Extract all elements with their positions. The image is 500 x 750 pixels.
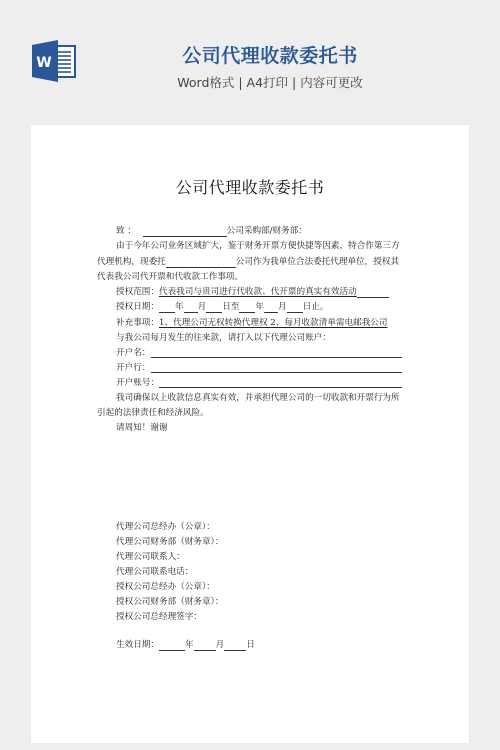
- signature-authorizer-gm: 授权公司总经理签字：: [116, 611, 202, 623]
- effective-day-blank[interactable]: [224, 639, 246, 651]
- recipient-blank[interactable]: [143, 225, 227, 237]
- signature-agent-contact: 代理公司联系人：: [116, 551, 185, 563]
- scope-line: 授权范围：代表我司与贵司进行代收款、代开票的真实有效活动: [116, 286, 389, 298]
- bank-field[interactable]: [151, 372, 402, 373]
- signature-authorizer-office: 授权公司总经办（公章）：: [116, 581, 215, 593]
- effective-date-line: 生效日期：年月日: [116, 639, 255, 651]
- scope-label: 授权范围：: [116, 287, 159, 297]
- start-year-blank[interactable]: [159, 301, 175, 313]
- document-title: 公司代理收款委托书: [31, 177, 469, 199]
- date-line: 授权日期：年月日至年月日止。: [116, 301, 328, 313]
- effective-year-blank[interactable]: [159, 639, 185, 651]
- supplement-line: 补充事项：1、代理公司无权转换代理权 2、每月收款清单需电邮我公司: [116, 317, 388, 329]
- scope-value[interactable]: 代表我司与贵司进行代收款、代开票的真实有效活动: [159, 287, 357, 297]
- signature-agent-phone: 代理公司联系电话：: [116, 566, 193, 578]
- para2-line2: 引起的法律责任和经济风险。: [97, 407, 209, 419]
- payment-line: 与我公司每月发生的往来款，请打入以下代理公司账户：: [116, 332, 331, 344]
- para2-line1: 我司确保以上收款信息真实有效，并承担代理公司的一切收款和开票行为所: [116, 392, 400, 404]
- signature-authorizer-finance: 授权公司财务部（财务章）：: [116, 596, 223, 608]
- header: W 公司代理收款委托书 Word格式 | A4打印 | 内容可更改: [0, 0, 500, 125]
- closing-text: 请周知！谢谢: [116, 422, 168, 434]
- to-prefix: 致 ：: [116, 226, 136, 236]
- para1-line3: 代表我公司代开票和代收款工作事项。: [97, 271, 243, 283]
- end-year-blank[interactable]: [239, 301, 255, 313]
- document-page: 公司代理收款委托书 致 ： 公司采购部/财务部： 由于今年公司业务区域扩大，鉴于…: [31, 125, 469, 743]
- header-title: 公司代理收款委托书: [170, 44, 370, 68]
- effective-month-blank[interactable]: [194, 639, 216, 651]
- bank-label: 开户行：: [116, 362, 150, 374]
- para1-line2: 代理机构，现委托公司作为我单位合法委托代理单位，授权其: [97, 256, 399, 268]
- start-day-blank[interactable]: [206, 301, 222, 313]
- supplement-value[interactable]: 1、代理公司无权转换代理权 2、每月收款清单需电邮我公司: [159, 318, 388, 328]
- end-month-blank[interactable]: [264, 301, 278, 313]
- agent-company-blank[interactable]: [166, 256, 236, 268]
- account-name-field[interactable]: [151, 357, 402, 358]
- end-day-blank[interactable]: [287, 301, 303, 313]
- recipient-line: 致 ： 公司采购部/财务部：: [116, 225, 307, 237]
- svg-text:W: W: [36, 55, 51, 71]
- signature-agent-office: 代理公司总经办（公章）：: [116, 521, 215, 533]
- account-no-field[interactable]: [159, 387, 402, 388]
- signature-agent-finance: 代理公司财务部（财务章）：: [116, 536, 223, 548]
- account-name-label: 开户名：: [116, 347, 150, 359]
- to-suffix: 公司采购部/财务部：: [227, 226, 307, 236]
- account-no-label: 开户账号：: [116, 377, 159, 389]
- start-month-blank[interactable]: [184, 301, 198, 313]
- word-icon: W: [31, 40, 77, 82]
- supplement-label: 补充事项：: [116, 318, 159, 328]
- header-subtitle: Word格式 | A4打印 | 内容可更改: [170, 75, 370, 91]
- para1-line1: 由于今年公司业务区域扩大，鉴于财务开票方便快捷等因素，特合作第三方: [116, 240, 400, 252]
